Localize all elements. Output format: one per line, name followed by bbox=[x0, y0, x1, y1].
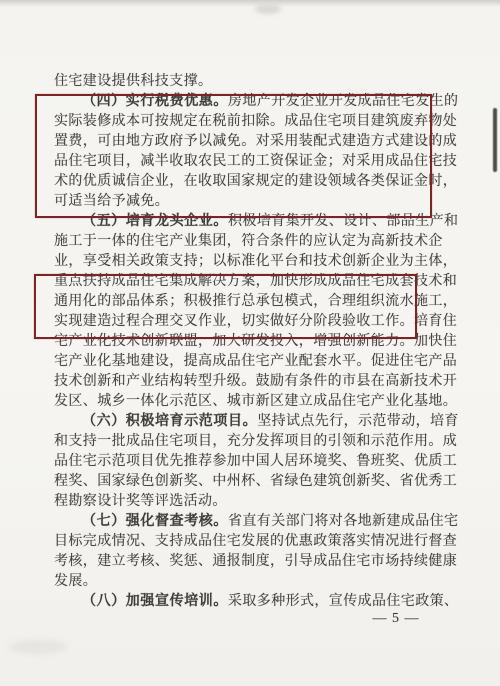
text-line: 考核，建立考核、奖惩、通报制度，引导成品住宅市场持续健康 bbox=[54, 552, 464, 572]
text-line: 住宅建设提供科技支撑。 bbox=[54, 72, 464, 92]
text-line: 业，享受相关政策支持；以标准化平台和技术创新企业为主体， bbox=[54, 252, 464, 272]
scanned-document-page: 住宅建设提供科技支撑。 （四）实行税费优惠。房地产开发企业开发成品住宅发生的 实… bbox=[0, 0, 500, 686]
scan-noise-artifact bbox=[8, 640, 68, 654]
text-line: 发展。 bbox=[54, 572, 464, 592]
red-annotation-box-integrated-solutions bbox=[34, 274, 417, 339]
text-line: 发区、城乡一体化示范区、城市新区建立成品住宅产业化基地。 bbox=[54, 392, 464, 412]
red-annotation-box-tax-incentives bbox=[35, 94, 432, 218]
text-line: 程勘察设计奖等评选活动。 bbox=[54, 492, 464, 512]
page-number: — 5 — bbox=[366, 611, 426, 627]
scan-edge-streak-artifact bbox=[493, 108, 497, 172]
text-line: 技术创新和产业结构转型升级。鼓励有条件的市县在高新技术开 bbox=[54, 372, 464, 392]
text-line: 品住宅示范项目优先推荐参加中国人居环境奖、鲁班奖、优质工 bbox=[54, 452, 464, 472]
text-line-section-6-heading: （六）积极培育示范项目。坚持试点先行，示范带动，培育 bbox=[54, 412, 464, 432]
text-line-section-7-heading: （七）强化督查考核。省直有关部门将对各地新建成品住宅 bbox=[54, 512, 464, 532]
text-line: 程奖、国家绿色创新奖、中州杯、省绿色建筑创新奖、省优秀工 bbox=[54, 472, 464, 492]
text-line: 目标完成情况、支持成品住宅发展的优惠政策落实情况进行督查 bbox=[54, 532, 464, 552]
text-line-section-8-heading: （八）加强宣传培训。采取多种形式，宣传成品住宅政策、 bbox=[54, 592, 464, 612]
text-line: 和支持一批成品住宅项目，充分发挥项目的引领和示范作用。成 bbox=[54, 432, 464, 452]
scan-noise-artifact bbox=[255, 4, 281, 14]
text-line: 宅产业化基地建设，提高成品住宅产业配套水平。促进住宅产品 bbox=[54, 352, 464, 372]
text-line: 施工于一体的住宅产业集团，符合条件的应认定为高新技术企 bbox=[54, 232, 464, 252]
